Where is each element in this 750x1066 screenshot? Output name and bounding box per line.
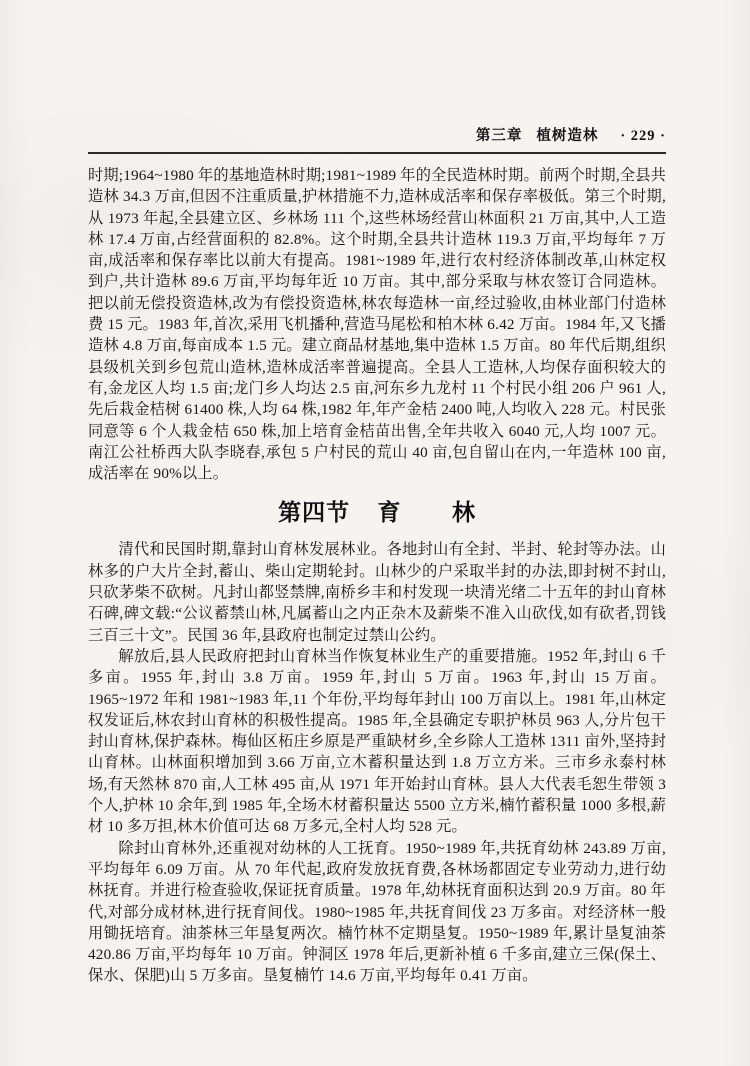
paragraph-continued: 时期;1964~1980 年的基地造林时期;1981~1989 年的全民造林时期… [88,165,666,484]
paragraph-qing-republic: 清代和民国时期,靠封山育林发展林业。各地封山有全封、半封、轮封等办法。山林多的户… [88,539,666,645]
paragraph-tending: 除封山育林外,还重视对幼林的人工抚育。1950~1989 年,共抚育幼林 243… [88,838,666,987]
section-heading-char2: 林 [452,500,476,525]
chapter-title: 植树造林 [536,124,598,145]
running-header: 第三章 植树造林 · 229 · [88,124,666,152]
header-divider [88,152,666,154]
page-content: 第三章 植树造林 · 229 · 时期;1964~1980 年的基地造林时期;1… [88,124,666,987]
body-text: 时期;1964~1980 年的基地造林时期;1981~1989 年的全民造林时期… [88,165,666,987]
page-number: · 229 · [620,128,666,145]
section-heading: 第四节 育 林 [88,494,666,527]
section-heading-label: 第四节 [278,500,350,525]
chapter-label: 第三章 [476,124,523,145]
section-heading-char1: 育 [378,500,402,525]
scanned-book-page: 第三章 植树造林 · 229 · 时期;1964~1980 年的基地造林时期;1… [0,0,750,1066]
paragraph-post-liberation: 解放后,县人民政府把封山育林当作恢复林业生产的重要措施。1952 年,封山 6 … [88,646,666,838]
